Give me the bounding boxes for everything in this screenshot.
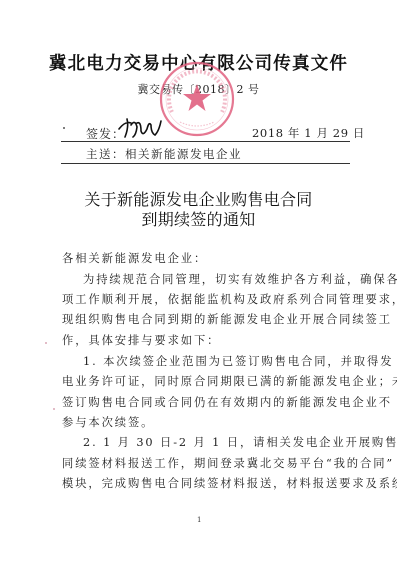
body-line: 签订购售电合同或合同仍在有效期内的新能源发电企业不 [62,396,392,410]
body-line: 模块，完成购售电合同续签材料报送，材料报送要求及系统 [62,477,397,491]
header-divider [61,141,350,142]
body-line: 现组织购售电合同到期的新能源发电企业开展合同续签工 [62,313,392,327]
header-divider [61,163,350,164]
body-line: 1. 本次续签企业范围为已签订购售电合同，并取得发 [83,355,393,369]
official-seal-icon [158,60,236,138]
body-line: 为持续规范合同管理，切实有效维护各方利益，确保各 [83,273,397,287]
page-number: 1 [197,516,201,524]
body-line: 电业务许可证，同时原合同期限已满的新能源发电企业；未 [62,375,397,389]
scan-speck [45,342,47,344]
sign-date: 2018 年 1 月 29 日 [252,125,365,141]
body-line: 项工作顺利开展，依据能监机构及政府系列合同管理要求， [62,293,397,307]
scan-speck [53,408,55,410]
notice-heading-line2: 到期续签的通知 [0,207,397,230]
signature-icon [117,115,165,141]
scan-speck [63,127,65,129]
star-icon [183,84,211,111]
recipients-line: 主送：相关新能源发电企业 [86,146,242,162]
salutation: 各相关新能源发电企业： [62,252,207,266]
body-line: 同续签材料报送工作，期间登录冀北交易平台“我的合同” [62,457,394,471]
body-line: 2. 1 月 30 日-2 月 1 日，请相关发电企业开展购售电合 [83,436,397,450]
body-line: 参与本次续签。 [62,416,154,430]
body-line: 作，具体安排与要求如下： [62,334,220,348]
